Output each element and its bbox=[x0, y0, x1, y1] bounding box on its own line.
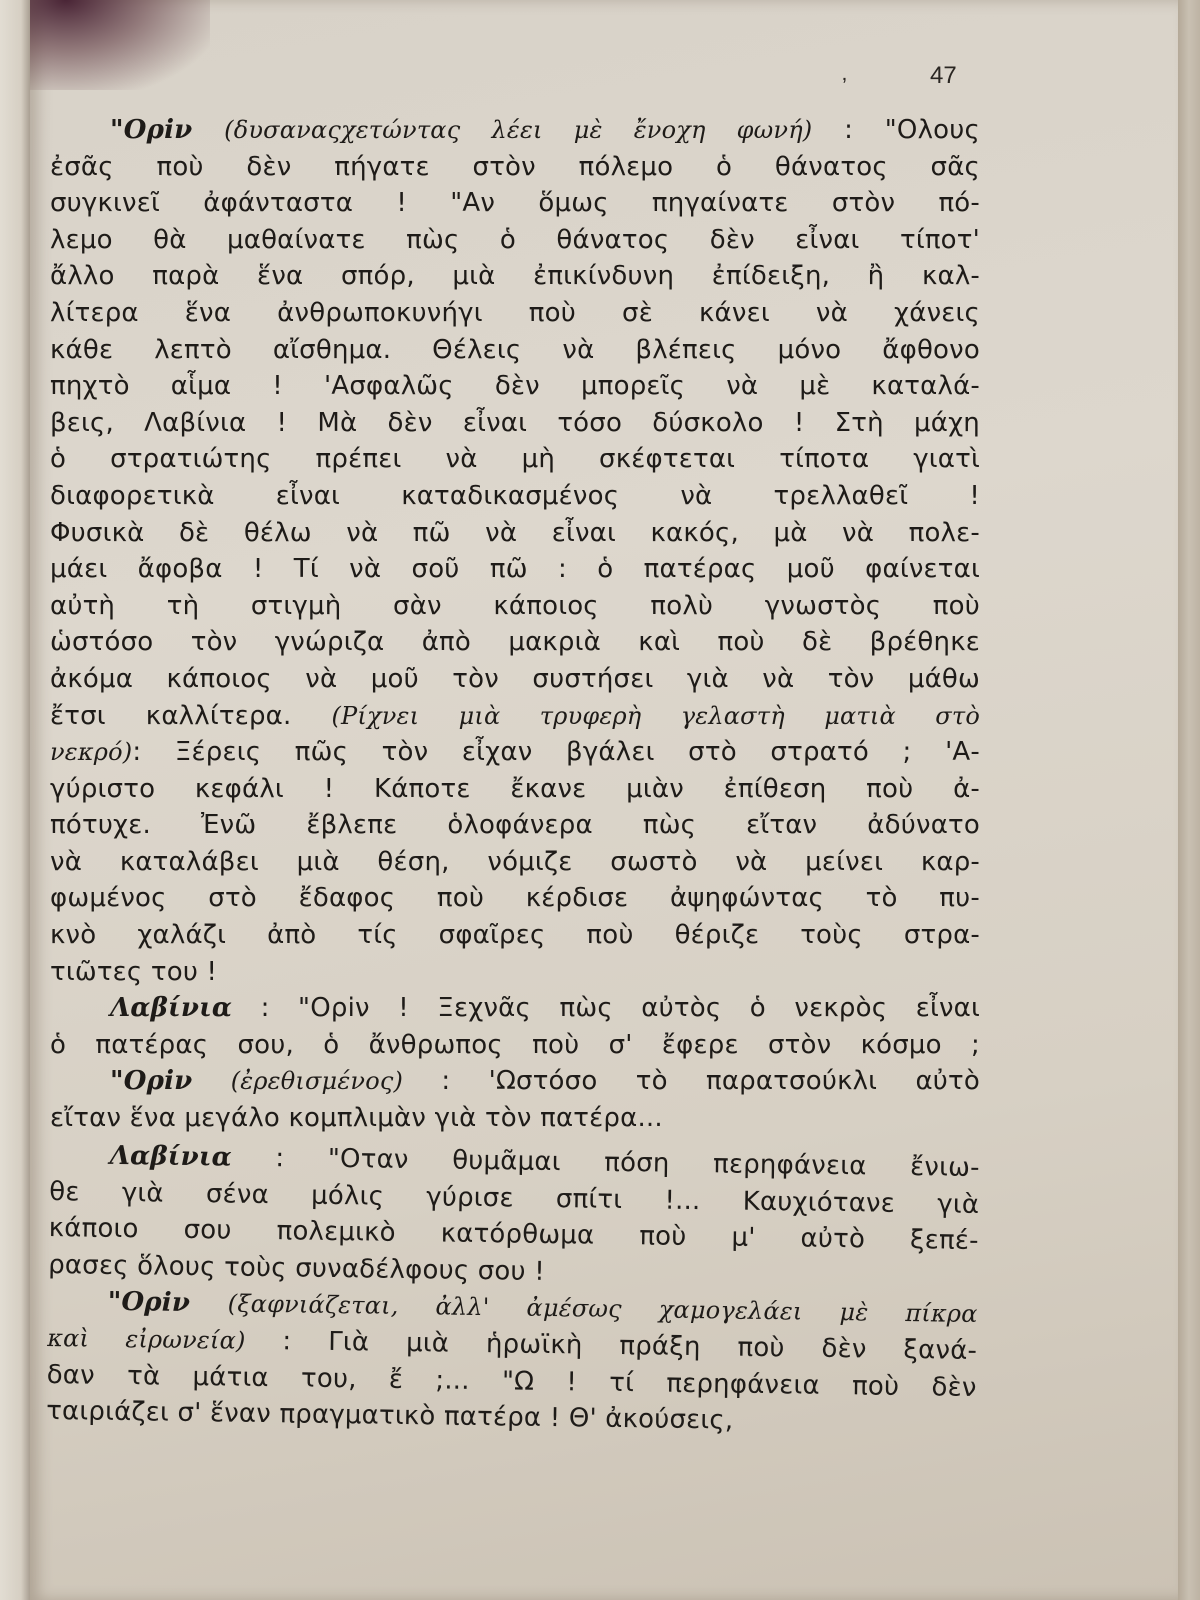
body-text: "Ορiν (δυσαναςχετώντας λέει μὲ ἔνοχη φων… bbox=[50, 112, 980, 1429]
page-number: 47 bbox=[930, 62, 957, 90]
text-line: λεμο θὰ μαθαίνατε πὼς ὁ θάνατος δὲν εἶνα… bbox=[50, 222, 980, 259]
text-line: λίτερα ἕνα ἀνθρωποκυνήγι ποὺ σὲ κάνει νὰ… bbox=[50, 295, 980, 332]
text-line: νὰ καταλάβει μιὰ θέση, νόμιζε σωστὸ νὰ μ… bbox=[50, 844, 980, 881]
stage-direction: καὶ εἰρωνεία) bbox=[47, 1324, 246, 1355]
text-line: πηχτὸ αἷμα ! 'Ασφαλῶς δὲν μπορεῖς νὰ μὲ … bbox=[50, 368, 980, 405]
speaker-name: "Ορiν bbox=[107, 1287, 190, 1318]
text-line: ὁ πατέρας σου, ὁ ἄνθρωπος ποὺ σ' ἔφερε σ… bbox=[50, 1027, 980, 1064]
stage-direction: (Ρίχνει μιὰ τρυφερὴ γελαστὴ ματιὰ στὸ bbox=[331, 702, 980, 730]
facing-page-edge bbox=[0, 0, 30, 1600]
text-line: "Ορiν (ἐρεθισμένος) : 'Ωστόσο τὸ παρατσο… bbox=[50, 1063, 980, 1100]
text-line: κάθε λεπτὸ αἴσθημα. Θέλεις νὰ βλέπεις μό… bbox=[50, 332, 980, 369]
text-line: βεις, Λαβίνια ! Μὰ δὲν εἶναι τόσο δύσκολ… bbox=[50, 405, 980, 442]
stage-direction: νεκρό) bbox=[50, 738, 132, 766]
text-line: ὡστόσο τὸν γνώριζα ἀπὸ μακριὰ καὶ ποὺ δὲ… bbox=[50, 624, 980, 661]
text-line: συγκινεῖ ἀφάνταστα ! "Αν ὅμως πηγαίνατε … bbox=[50, 185, 980, 222]
text-line: μάει ἄφοβα ! Τί νὰ σοῦ πῶ : ὁ πατέρας μο… bbox=[50, 551, 980, 588]
text-line: πότυχε. Ἐνῶ ἔβλεπε ὁλοφάνερα πὼς εἴταν ἀ… bbox=[50, 807, 980, 844]
speaker-name: "Ορiν bbox=[110, 1066, 192, 1096]
text-line: Λαβίνια : "Ορiν ! Ξεχνᾶς πὼς αὐτὸς ὁ νεκ… bbox=[50, 990, 980, 1027]
text-line: "Ορiν (δυσαναςχετώντας λέει μὲ ἔνοχη φων… bbox=[50, 112, 980, 149]
page-stack-edge bbox=[1178, 0, 1200, 1600]
text-line: ἀκόμα κάποιος νὰ μοῦ τὸν συστήσει γιὰ νὰ… bbox=[50, 661, 980, 698]
text-line: ἐσᾶς ποὺ δὲν πήγατε στὸν πόλεμο ὁ θάνατο… bbox=[50, 149, 980, 186]
text-line: φωμένος στὸ ἔδαφος ποὺ κέρδισε ἀψηφώντας… bbox=[50, 880, 980, 917]
stage-direction: (δυσαναςχετώντας λέει μὲ ἔνοχη φωνή) bbox=[224, 116, 812, 144]
stage-direction: (ξαφνιάζεται, ἀλλ' ἀμέσως χαμογελάει μὲ … bbox=[228, 1289, 978, 1327]
text-line: Φυσικὰ δὲ θέλω νὰ πῶ νὰ εἶναι κακός, μὰ … bbox=[50, 515, 980, 552]
text-line: αὐτὴ τὴ στιγμὴ σὰν κάποιος πολὺ γνωστὸς … bbox=[50, 588, 980, 625]
page-mark: ‚ bbox=[842, 60, 847, 86]
speaker-name: "Ορiν bbox=[110, 115, 192, 145]
text-line: κνὸ χαλάζι ἀπὸ τίς σφαῖρες ποὺ θέριζε το… bbox=[50, 917, 980, 954]
finger-shadow bbox=[30, 0, 210, 90]
photographed-book-page: ‚ 47 "Ορiν (δυσαναςχετώντας λέει μὲ ἔνοχ… bbox=[0, 0, 1200, 1600]
text-line: γύριστο κεφάλι ! Κάποτε ἔκανε μιὰν ἐπίθε… bbox=[50, 771, 980, 808]
speaker-name: Λαβίνια bbox=[110, 1140, 232, 1172]
text-line: νεκρό): Ξέρεις πῶς τὸν εἶχαν βγάλει στὸ … bbox=[50, 734, 980, 771]
text-line: διαφορετικὰ εἶναι καταδικασμένος νὰ τρελ… bbox=[50, 478, 980, 515]
text-line: εἴταν ἕνα μεγάλο κομπλιμὰν γιὰ τὸν πατέρ… bbox=[50, 1100, 980, 1137]
text-line: ἔτσι καλλίτερα. (Ρίχνει μιὰ τρυφερὴ γελα… bbox=[50, 698, 980, 735]
speaker-name: Λαβίνια bbox=[110, 993, 232, 1023]
curved-bottom-text: Λαβίνια : "Οταν θυμᾶμαι πόση περηφάνεια … bbox=[46, 1137, 980, 1443]
text-line: ὁ στρατιώτης πρέπει νὰ μὴ σκέφτεται τίπο… bbox=[50, 441, 980, 478]
stage-direction: (ἐρεθισμένος) bbox=[231, 1067, 403, 1095]
text-line: τιῶτες του ! bbox=[50, 954, 980, 991]
text-line: ἄλλο παρὰ ἕνα σπόρ, μιὰ ἐπικίνδυνη ἐπίδε… bbox=[50, 258, 980, 295]
